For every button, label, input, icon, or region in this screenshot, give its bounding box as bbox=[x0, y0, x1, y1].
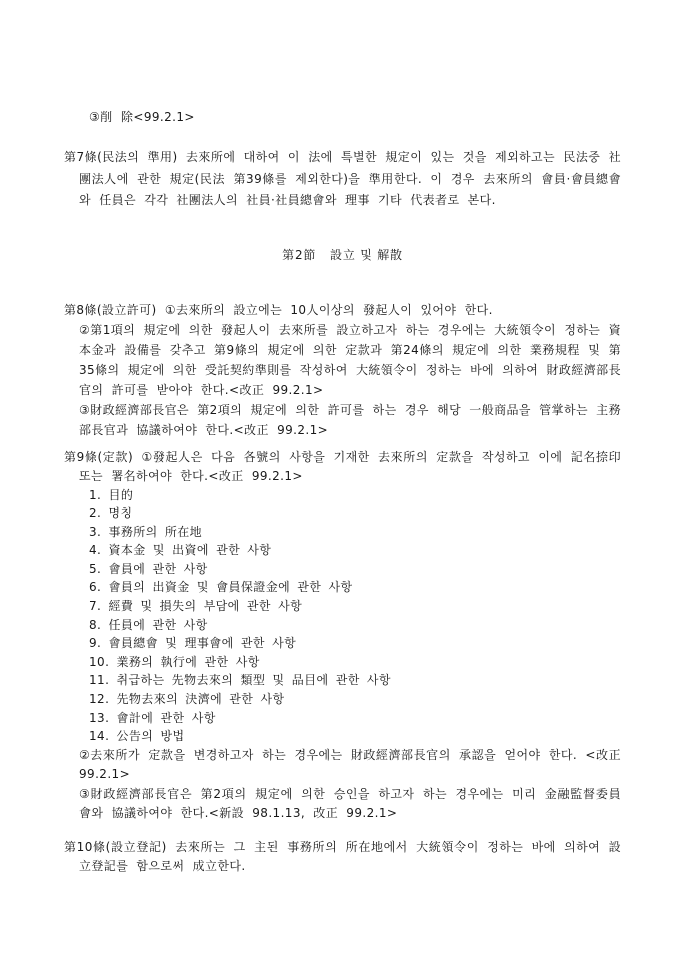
article-9-heading: 第9條(定款) ①發起人은 다음 各號의 사항을 기재한 去來所의 定款을 작성… bbox=[64, 448, 621, 486]
article-9-paragraph-2: ②去來所가 定款을 변경하고자 하는 경우에는 財政經濟部長官의 承認을 얻어야… bbox=[79, 746, 621, 785]
article-7-text: 第7條(民法의 準用) 去來所에 대하여 이 法에 특별한 規定이 있는 것을 … bbox=[64, 147, 621, 212]
article-9-item-1: 1. 目的 bbox=[89, 486, 621, 505]
article-9-item-6: 6. 會員의 出資金 및 會員保證金에 관한 사항 bbox=[89, 578, 621, 597]
article-9-item-2: 2. 명칭 bbox=[89, 504, 621, 523]
article-9-item-5: 5. 會員에 관한 사항 bbox=[89, 560, 621, 579]
document-page: ③削 除<99.2.1> 第7條(民法의 準用) 去來所에 대하여 이 法에 특… bbox=[0, 0, 680, 962]
article-8-heading: 第8條(設立許可) ①去來所의 設立에는 10人이상의 發起人이 있어야 한다. bbox=[64, 300, 621, 320]
deleted-clause-line: ③削 除<99.2.1> bbox=[89, 107, 621, 128]
article-9-paragraph-3: ③財政經濟部長官은 第2項의 規定에 의한 승인을 하고자 하는 경우에는 미리… bbox=[79, 785, 621, 824]
article-9-item-12: 12. 先物去來의 決濟에 관한 사항 bbox=[89, 690, 621, 709]
article-10-text: 第10條(設立登記) 去來所는 그 主된 事務所의 所在地에서 大統領令이 정하… bbox=[64, 838, 621, 877]
article-8-paragraph-3: ③財政經濟部長官은 第2項의 規定에 의한 許可를 하는 경우 해당 一般商品을… bbox=[79, 400, 621, 440]
article-9-item-13: 13. 會計에 관한 사항 bbox=[89, 709, 621, 728]
article-9-item-8: 8. 任員에 관한 사항 bbox=[89, 616, 621, 635]
article-9-item-11: 11. 취급하는 先物去來의 類型 및 品目에 관한 사항 bbox=[89, 671, 621, 690]
section-2-heading: 第2節 設立 및 解散 bbox=[64, 245, 621, 266]
article-9-item-14: 14. 公告의 방법 bbox=[89, 727, 621, 746]
article-9-item-9: 9. 會員總會 및 理事會에 관한 사항 bbox=[89, 634, 621, 653]
article-8-paragraph-2: ②第1項의 規定에 의한 發起人이 去來所를 設立하고자 하는 경우에는 大統領… bbox=[79, 320, 621, 400]
article-9-item-list: 1. 目的 2. 명칭 3. 事務所의 所在地 4. 資本金 및 出資에 관한 … bbox=[89, 486, 621, 746]
article-9-item-10: 10. 業務의 執行에 관한 사항 bbox=[89, 653, 621, 672]
article-9-item-3: 3. 事務所의 所在地 bbox=[89, 523, 621, 542]
article-9-item-4: 4. 資本金 및 出資에 관한 사항 bbox=[89, 541, 621, 560]
article-9-item-7: 7. 經費 및 損失의 부담에 관한 사항 bbox=[89, 597, 621, 616]
